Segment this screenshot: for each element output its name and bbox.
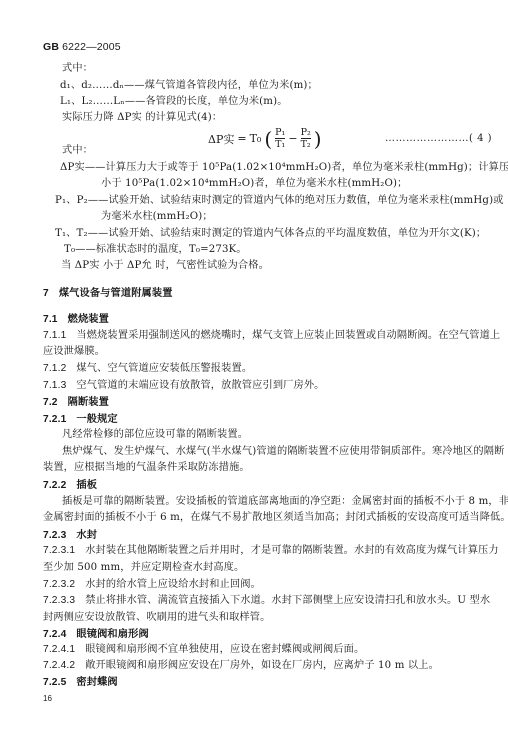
clause-number: 7.2.3.3 <box>43 594 75 608</box>
equation-label: ……………………( 4 ) <box>385 133 492 144</box>
variable-definition: 为毫米水柱(mmH₂O)； <box>101 210 213 224</box>
clause-text: 水封的给水管上应设给水封和止回阀。 <box>85 579 261 590</box>
clause-line: 7.2.4.2敞开眼镜阀和扇形阀应安设在厂房外，如设在厂房内，应离炉子 10 m… <box>43 659 439 673</box>
clause-line: 7.2.3.1水封装在其他隔断装置之后并用时，才是可靠的隔断装置。水封的有效高度… <box>43 544 499 558</box>
clause-text: 眼镜阀和扇形阀 <box>76 628 148 640</box>
clause-number: 7.1.1 <box>43 329 66 343</box>
variable-definition: 小于 10⁵Pa(1.02×10⁴mmH₂O)者，单位为毫米水柱(mmH₂O)； <box>101 177 407 191</box>
fraction-1: P₁ T₁ <box>275 127 285 150</box>
text-line: 实际压力降 ΔP实 的计算见式(4)： <box>62 111 222 125</box>
clause-number: 7.1.3 <box>43 379 66 393</box>
clause-line: 7.1.3空气管道的末端应设有放散管，放散管应引到厂房外。 <box>43 379 325 393</box>
clause-line: 7.2.4.1眼镜阀和扇形阀不宜单独使用，应设在密封蝶阀或闸阀后面。 <box>43 643 364 657</box>
clause-text: 凡经常检修的部位应设可靠的隔断装置。 <box>62 429 248 440</box>
section-heading: 7.2.1一般规定 <box>43 412 118 427</box>
clause-number: 7.2.4 <box>43 628 66 642</box>
clause-line: 插板是可靠的隔断装置。安设插板的管道底部离地面的净空距：金属密封面的插板不小于 … <box>62 495 508 509</box>
clause-line: 7.1.1当燃烧装置采用强制送风的燃烧嘴时，煤气支管上应装止回装置或自动隔断阀。… <box>43 329 500 343</box>
section-heading: 7煤气设备与管道附属装置 <box>43 286 173 301</box>
variable-definition: ΔP实——计算压力大于或等于 10⁵Pa(1.02×10⁴mmH₂O)者，单位为… <box>60 161 508 175</box>
clause-text: 水封装在其他隔断装置之后并用时，才是可靠的隔断装置。水封的有效高度为煤气计算压力 <box>85 545 499 556</box>
clause-text: 插板 <box>76 479 97 491</box>
clause-text: 煤气、空气管道应安装低压警报装置。 <box>76 363 252 374</box>
equation-4: ΔP实 = T₀ ( P₁ T₁ − P₂ T₂ ) <box>208 127 322 150</box>
document-page: GB 6222—2005 式中：d₁、d₂……dₙ——煤气管道各管段内径，单位为… <box>0 0 508 733</box>
formula-equals: = <box>237 132 246 145</box>
clause-text: 燃烧装置 <box>68 313 109 325</box>
clause-line: 7.2.3.3禁止将排水管、满流管直接插入下水道。水封下部侧壁上应安设清扫孔和放… <box>43 594 490 608</box>
clause-line: 装置，应根据当地的气温条件采取防冻措施。 <box>43 461 250 475</box>
clause-text: 眼镜阀和扇形阀不宜单独使用，应设在密封蝶阀或闸阀后面。 <box>85 644 364 655</box>
clause-line: 封两侧应安设放散管、吹刷用的进气头和取样管。 <box>43 611 270 625</box>
clause-number: 7.2.1 <box>43 413 66 427</box>
page-number: 16 <box>43 694 52 703</box>
left-paren: ( <box>264 129 272 149</box>
clause-number: 7.2.3 <box>43 529 66 543</box>
variable-definition: 式中： <box>62 144 93 158</box>
clause-text: 禁止将排水管、满流管直接插入下水道。水封下部侧壁上应安设清扫孔和放水头。U 型水 <box>85 595 490 606</box>
clause-text: 一般规定 <box>76 413 117 425</box>
clause-number: 7.2.4.2 <box>43 659 75 673</box>
fraction-2: P₂ T₂ <box>301 127 311 150</box>
standard-prefix: GB <box>43 41 59 53</box>
section-heading: 7.2隔断装置 <box>43 395 109 410</box>
clause-number: 7.2.2 <box>43 479 66 493</box>
text-line: 式中： <box>62 62 93 76</box>
clause-line: 焦炉煤气、发生炉煤气、水煤气(半水煤气)管道的隔断装置不应使用带铜质部件。寒冷地… <box>62 445 504 459</box>
clause-number: 7.2 <box>43 396 58 410</box>
clause-number: 7.2.3.2 <box>43 578 75 592</box>
numerator-1: P₁ <box>275 127 285 138</box>
clause-line: 7.2.3.2水封的给水管上应设给水封和止回阀。 <box>43 578 261 592</box>
clause-number: 7.2.5 <box>43 676 66 690</box>
formula-lhs: ΔP实 <box>208 131 234 147</box>
clause-text: 隔断装置 <box>68 396 109 408</box>
clause-text: 应设泄爆膜。 <box>43 346 105 357</box>
clause-text: 空气管道的末端应设有放散管，放散管应引到厂房外。 <box>76 380 324 391</box>
text-line: L₁、L₂……Lₙ——各管段的长度，单位为米(m)。 <box>60 95 288 109</box>
denominator-1: T₁ <box>275 139 285 150</box>
clause-text: 敞开眼镜阀和扇形阀应安设在厂房外，如设在厂房内，应离炉子 10 m 以上。 <box>85 660 439 671</box>
formula-coef: T₀ <box>250 132 262 145</box>
clause-text: 煤气设备与管道附属装置 <box>59 287 173 299</box>
clause-line: 至少加 500 mm，并应定期检查水封高度。 <box>43 561 244 575</box>
section-heading: 7.2.3水封 <box>43 528 97 543</box>
formula-minus: − <box>288 132 297 145</box>
section-heading: 7.2.2插板 <box>43 478 97 493</box>
clause-text: 封两侧应安设放散管、吹刷用的进气头和取样管。 <box>43 612 270 623</box>
section-heading: 7.2.5密封蝶阀 <box>43 675 118 690</box>
variable-definition: T₀——标准状态时的温度，T₀=273K。 <box>64 243 247 257</box>
section-heading: 7.1燃烧装置 <box>43 312 109 327</box>
clause-text: 至少加 500 mm，并应定期检查水封高度。 <box>43 562 244 573</box>
clause-text: 金属密封面的插板不小于 6 m，在煤气不易扩散地区须适当加高；封闭式插板的安设高… <box>43 512 508 523</box>
variable-definition: T₁、T₂——试验开始、试验结束时测定的管道内气体各点的平均温度数值，单位为开尔… <box>55 227 486 241</box>
clause-text: 水封 <box>76 529 97 541</box>
clause-text: 插板是可靠的隔断装置。安设插板的管道底部离地面的净空距：金属密封面的插板不小于 … <box>62 496 508 507</box>
clause-line: 7.1.2煤气、空气管道应安装低压警报装置。 <box>43 362 252 376</box>
clause-text: 焦炉煤气、发生炉煤气、水煤气(半水煤气)管道的隔断装置不应使用带铜质部件。寒冷地… <box>62 446 504 457</box>
clause-text: 当燃烧装置采用强制送风的燃烧嘴时，煤气支管上应装止回装置或自动隔断阀。在空气管道… <box>76 330 500 341</box>
clause-number: 7.1 <box>43 313 58 327</box>
right-paren: ) <box>314 129 322 149</box>
clause-line: 应设泄爆膜。 <box>43 345 105 359</box>
clause-number: 7.2.3.1 <box>43 544 75 558</box>
variable-definition: 当 ΔP实 小于 ΔP允 时，气密性试验为合格。 <box>61 259 269 273</box>
clause-number: 7.2.4.1 <box>43 643 75 657</box>
denominator-2: T₂ <box>301 139 311 150</box>
clause-text: 密封蝶阀 <box>76 676 117 688</box>
clause-text: 装置，应根据当地的气温条件采取防冻措施。 <box>43 462 250 473</box>
variable-definition: P₁、P₂——试验开始、试验结束时测定的管道内气体的绝对压力数值，单位为毫米汞柱… <box>55 194 504 208</box>
clause-number: 7.1.2 <box>43 362 66 376</box>
clause-line: 凡经常检修的部位应设可靠的隔断装置。 <box>62 428 248 442</box>
numerator-2: P₂ <box>301 127 311 138</box>
clause-line: 金属密封面的插板不小于 6 m，在煤气不易扩散地区须适当加高；封闭式插板的安设高… <box>43 511 508 525</box>
section-heading: 7.2.4眼镜阀和扇形阀 <box>43 627 149 642</box>
text-line: d₁、d₂……dₙ——煤气管道各管段内径，单位为米(m)； <box>60 79 318 93</box>
standard-number: 6222—2005 <box>62 41 121 53</box>
standard-header: GB 6222—2005 <box>43 40 121 54</box>
clause-number: 7 <box>43 287 49 301</box>
